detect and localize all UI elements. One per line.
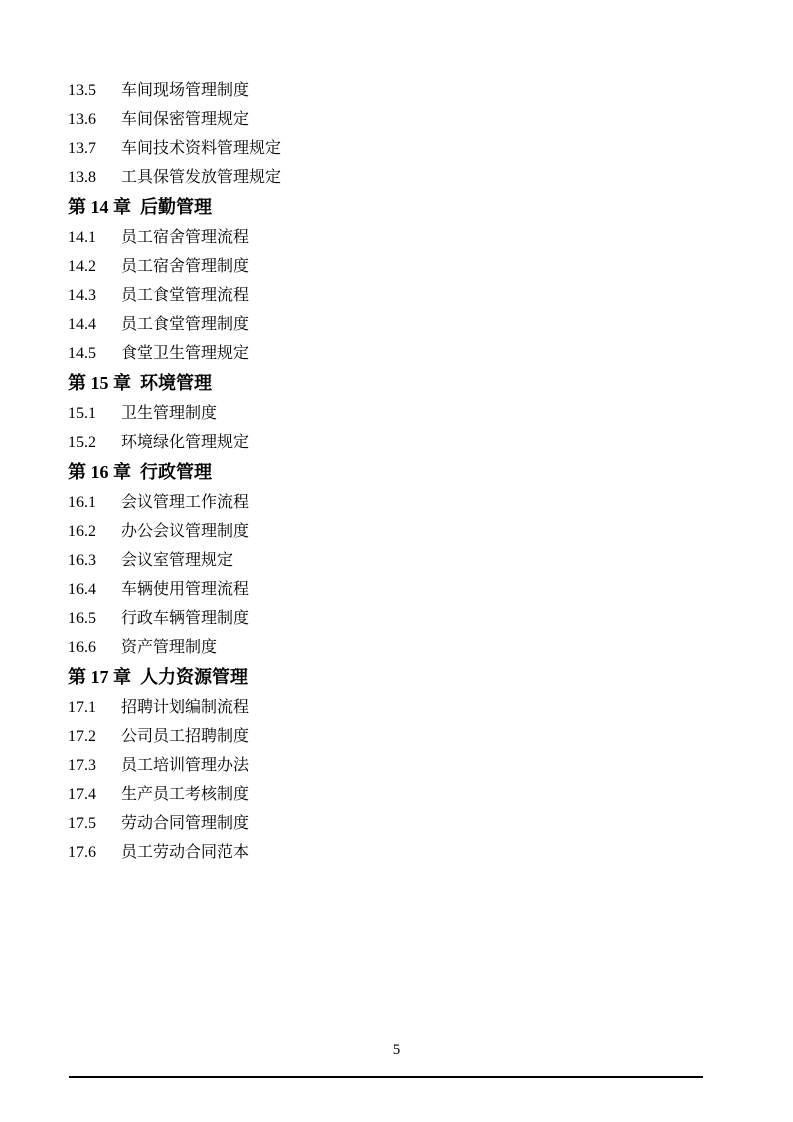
toc-item-number: 17.3 — [68, 751, 121, 780]
page-number: 5 — [0, 1042, 793, 1058]
toc-item: 15.1卫生管理制度 — [68, 399, 728, 428]
toc-item-title: 办公会议管理制度 — [121, 523, 249, 540]
toc-item: 14.2员工宿舍管理制度 — [68, 252, 728, 281]
toc-chapter-title: 行政管理 — [140, 462, 212, 482]
toc-item-title: 劳动合同管理制度 — [121, 815, 249, 832]
toc-item: 14.3员工食堂管理流程 — [68, 281, 728, 310]
toc-item-title: 员工宿舍管理制度 — [121, 258, 249, 275]
toc-item-number: 14.3 — [68, 281, 121, 310]
toc-item: 13.6车间保密管理规定 — [68, 105, 728, 134]
toc-chapter-heading: 第 14 章后勤管理 — [68, 192, 728, 223]
toc-item: 13.8工具保管发放管理规定 — [68, 163, 728, 192]
toc-chapter-title: 人力资源管理 — [140, 667, 248, 687]
toc-item-number: 17.2 — [68, 722, 121, 751]
toc-item-number: 14.5 — [68, 339, 121, 368]
toc-item-title: 车间现场管理制度 — [121, 82, 249, 99]
toc-item-number: 16.2 — [68, 517, 121, 546]
toc-item-number: 16.6 — [68, 633, 121, 662]
toc-item: 13.5车间现场管理制度 — [68, 76, 728, 105]
toc-chapter-label: 第 17 章 — [68, 667, 131, 687]
toc-item: 16.3会议室管理规定 — [68, 546, 728, 575]
toc-chapter-title: 后勤管理 — [140, 197, 212, 217]
toc-item: 13.7车间技术资料管理规定 — [68, 134, 728, 163]
toc-item-title: 员工培训管理办法 — [121, 757, 249, 774]
toc-chapter-heading: 第 15 章环境管理 — [68, 368, 728, 399]
toc-item-number: 13.8 — [68, 163, 121, 192]
footer-divider — [69, 1076, 703, 1078]
toc-item-title: 资产管理制度 — [121, 639, 217, 656]
toc-item-title: 环境绿化管理规定 — [121, 434, 249, 451]
toc-chapter-label: 第 16 章 — [68, 462, 131, 482]
toc-item-title: 员工宿舍管理流程 — [121, 229, 249, 246]
toc-item: 16.1会议管理工作流程 — [68, 488, 728, 517]
toc-item-title: 生产员工考核制度 — [121, 786, 249, 803]
toc-item-title: 车辆使用管理流程 — [121, 581, 249, 598]
toc-item: 17.2公司员工招聘制度 — [68, 722, 728, 751]
toc-item-number: 13.5 — [68, 76, 121, 105]
toc-item-number: 16.4 — [68, 575, 121, 604]
toc-item: 16.4车辆使用管理流程 — [68, 575, 728, 604]
toc-item-number: 13.7 — [68, 134, 121, 163]
toc-chapter-heading: 第 17 章人力资源管理 — [68, 662, 728, 693]
toc-item-number: 14.4 — [68, 310, 121, 339]
toc-item: 17.5劳动合同管理制度 — [68, 809, 728, 838]
toc-item-number: 16.5 — [68, 604, 121, 633]
toc-item-title: 会议管理工作流程 — [121, 494, 249, 511]
toc-item-title: 卫生管理制度 — [121, 405, 217, 422]
toc-item-number: 17.6 — [68, 838, 121, 867]
toc-item-title: 会议室管理规定 — [121, 552, 233, 569]
toc-item: 16.6资产管理制度 — [68, 633, 728, 662]
toc-item: 14.4员工食堂管理制度 — [68, 310, 728, 339]
toc-chapter-heading: 第 16 章行政管理 — [68, 457, 728, 488]
toc-item: 17.1招聘计划编制流程 — [68, 693, 728, 722]
toc-item-number: 14.1 — [68, 223, 121, 252]
toc-list: 13.5车间现场管理制度13.6车间保密管理规定13.7车间技术资料管理规定13… — [68, 76, 728, 867]
toc-item-title: 食堂卫生管理规定 — [121, 345, 249, 362]
toc-item-title: 员工食堂管理流程 — [121, 287, 249, 304]
toc-item-number: 14.2 — [68, 252, 121, 281]
toc-item: 17.4生产员工考核制度 — [68, 780, 728, 809]
toc-item-title: 招聘计划编制流程 — [121, 699, 249, 716]
toc-item: 16.2办公会议管理制度 — [68, 517, 728, 546]
toc-item-title: 车间保密管理规定 — [121, 111, 249, 128]
toc-item-number: 16.1 — [68, 488, 121, 517]
toc-item-title: 车间技术资料管理规定 — [121, 140, 281, 157]
toc-item: 14.5食堂卫生管理规定 — [68, 339, 728, 368]
toc-item: 16.5行政车辆管理制度 — [68, 604, 728, 633]
toc-item-number: 15.2 — [68, 428, 121, 457]
toc-item-number: 16.3 — [68, 546, 121, 575]
toc-item-title: 公司员工招聘制度 — [121, 728, 249, 745]
toc-chapter-label: 第 15 章 — [68, 373, 131, 393]
toc-chapter-title: 环境管理 — [140, 373, 212, 393]
toc-item-title: 员工劳动合同范本 — [121, 844, 249, 861]
toc-item: 17.6员工劳动合同范本 — [68, 838, 728, 867]
toc-item: 14.1员工宿舍管理流程 — [68, 223, 728, 252]
document-page: 13.5车间现场管理制度13.6车间保密管理规定13.7车间技术资料管理规定13… — [0, 0, 793, 1122]
toc-item: 15.2环境绿化管理规定 — [68, 428, 728, 457]
toc-item-title: 行政车辆管理制度 — [121, 610, 249, 627]
toc-item-title: 员工食堂管理制度 — [121, 316, 249, 333]
toc-item-number: 13.6 — [68, 105, 121, 134]
toc-item: 17.3员工培训管理办法 — [68, 751, 728, 780]
toc-item-number: 17.4 — [68, 780, 121, 809]
toc-item-title: 工具保管发放管理规定 — [121, 169, 281, 186]
toc-item-number: 17.1 — [68, 693, 121, 722]
toc-chapter-label: 第 14 章 — [68, 197, 131, 217]
toc-item-number: 15.1 — [68, 399, 121, 428]
toc-item-number: 17.5 — [68, 809, 121, 838]
